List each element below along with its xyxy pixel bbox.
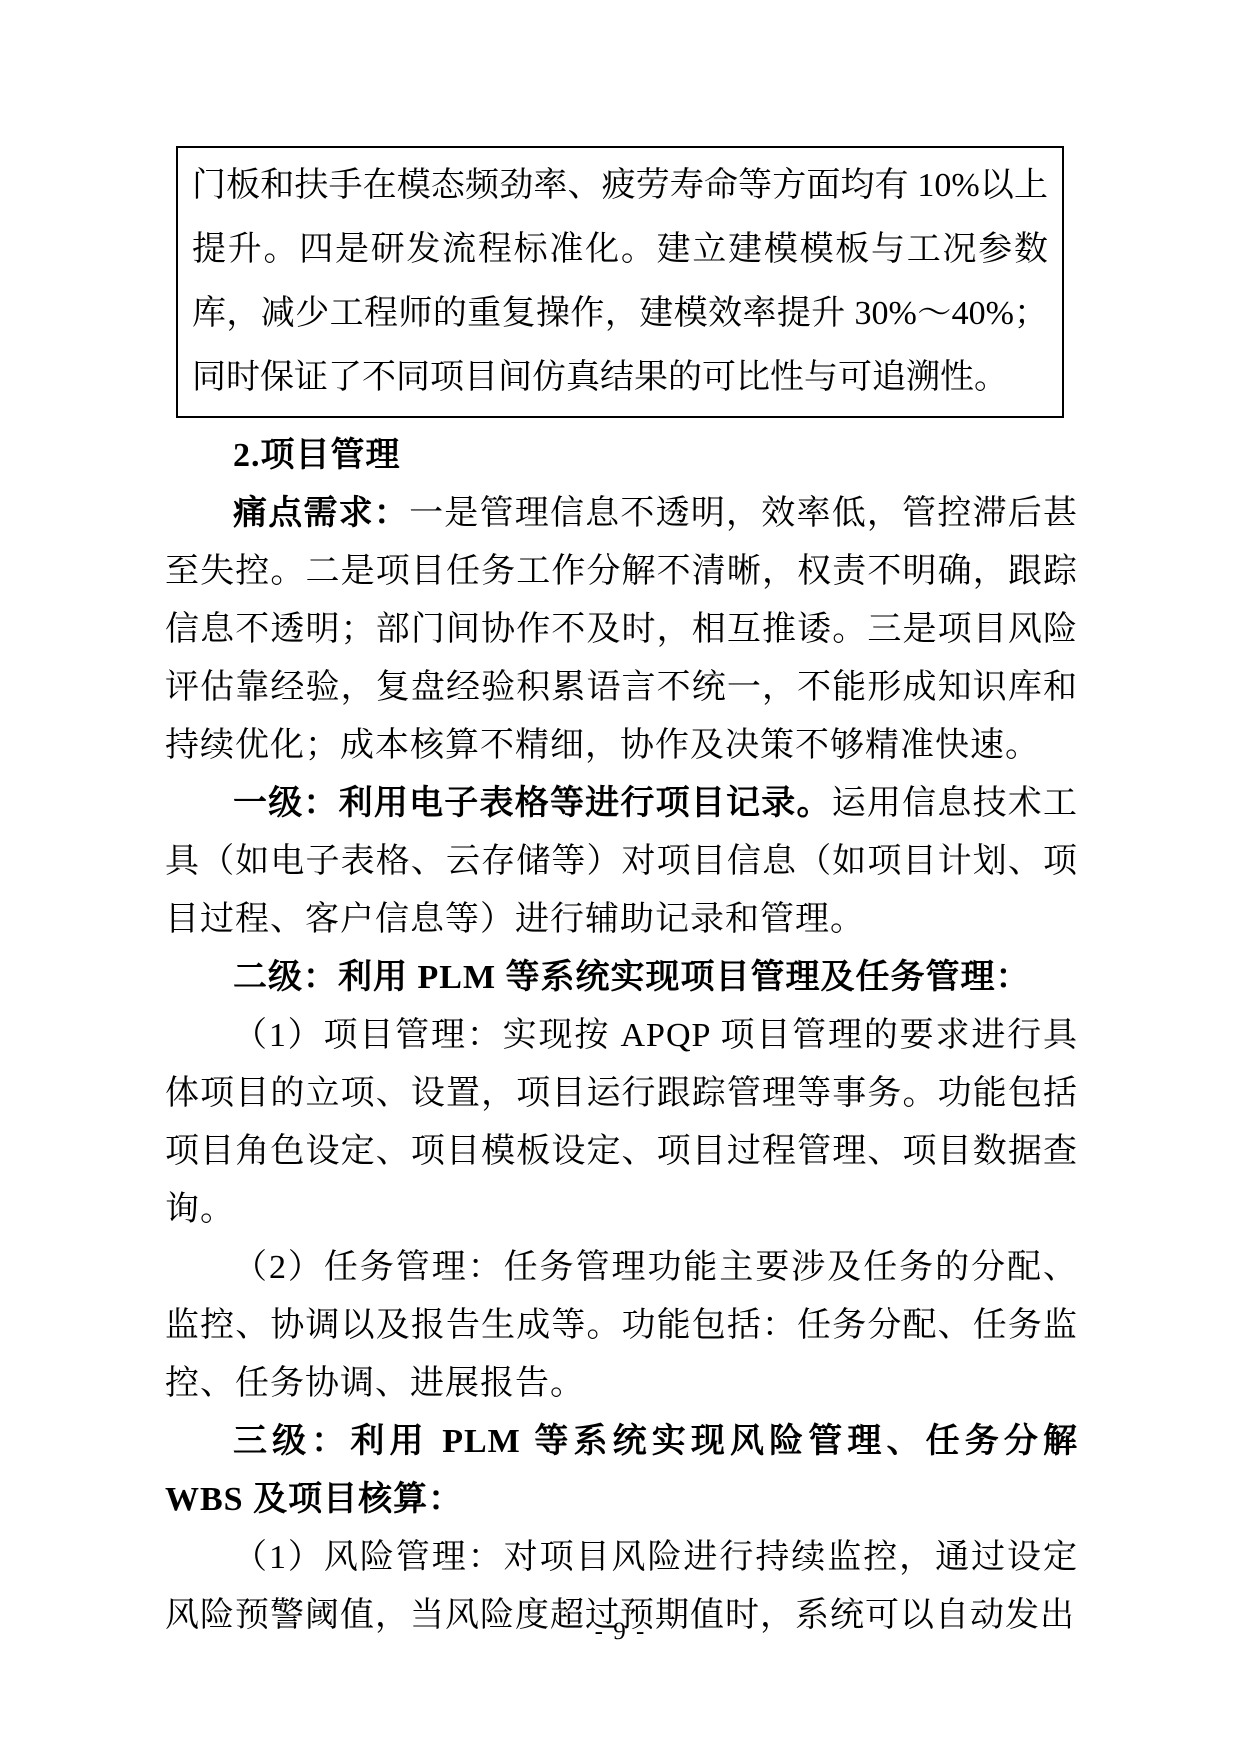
text-run: 一是管理信息不透明，效率低，管控滞后甚至失控。二是项目任务工作分解不清晰，权责不… (165, 495, 1078, 764)
page-content: 门板和扶手在模态频劲率、疲劳寿命等方面均有 10%以上提升。四是研发流程标准化。… (165, 146, 1078, 1645)
bold-text-run: 一级：利用电子表格等进行项目记录。 (233, 785, 832, 822)
bordered-text-box: 门板和扶手在模态频劲率、疲劳寿命等方面均有 10%以上提升。四是研发流程标准化。… (176, 146, 1064, 418)
document-page: 门板和扶手在模态频劲率、疲劳寿命等方面均有 10%以上提升。四是研发流程标准化。… (0, 0, 1241, 1754)
paragraph: 三级：利用 PLM 等系统实现风险管理、任务分解 WBS 及项目核算： (165, 1413, 1078, 1529)
text-run: （2）任务管理：任务管理功能主要涉及任务的分配、监控、协调以及报告生成等。功能包… (165, 1249, 1078, 1402)
bold-text-run: 二级：利用 PLM 等系统实现项目管理及任务管理： (233, 959, 1031, 996)
body-paragraphs: 2.项目管理痛点需求：一是管理信息不透明，效率低，管控滞后甚至失控。二是项目任务… (165, 427, 1078, 1645)
bold-text-run: 痛点需求： (233, 495, 409, 532)
paragraph: （2）任务管理：任务管理功能主要涉及任务的分配、监控、协调以及报告生成等。功能包… (165, 1239, 1078, 1413)
paragraph: 痛点需求：一是管理信息不透明，效率低，管控滞后甚至失控。二是项目任务工作分解不清… (165, 485, 1078, 775)
paragraph: 2.项目管理 (165, 427, 1078, 485)
text-run: 门板和扶手在模态频劲率、疲劳寿命等方面均有 10%以上提升。四是研发流程标准化。… (192, 167, 1048, 396)
page-number: - 9 - (0, 1618, 1241, 1646)
paragraph: 一级：利用电子表格等进行项目记录。运用信息技术工具（如电子表格、云存储等）对项目… (165, 775, 1078, 949)
bold-text-run: 三级：利用 PLM 等系统实现风险管理、任务分解 WBS 及项目核算： (165, 1423, 1078, 1518)
paragraph: 二级：利用 PLM 等系统实现项目管理及任务管理： (165, 949, 1078, 1007)
paragraph: （1）项目管理：实现按 APQP 项目管理的要求进行具体项目的立项、设置，项目运… (165, 1007, 1078, 1239)
bold-text-run: 2.项目管理 (233, 437, 401, 474)
text-run: （1）项目管理：实现按 APQP 项目管理的要求进行具体项目的立项、设置，项目运… (165, 1017, 1078, 1228)
